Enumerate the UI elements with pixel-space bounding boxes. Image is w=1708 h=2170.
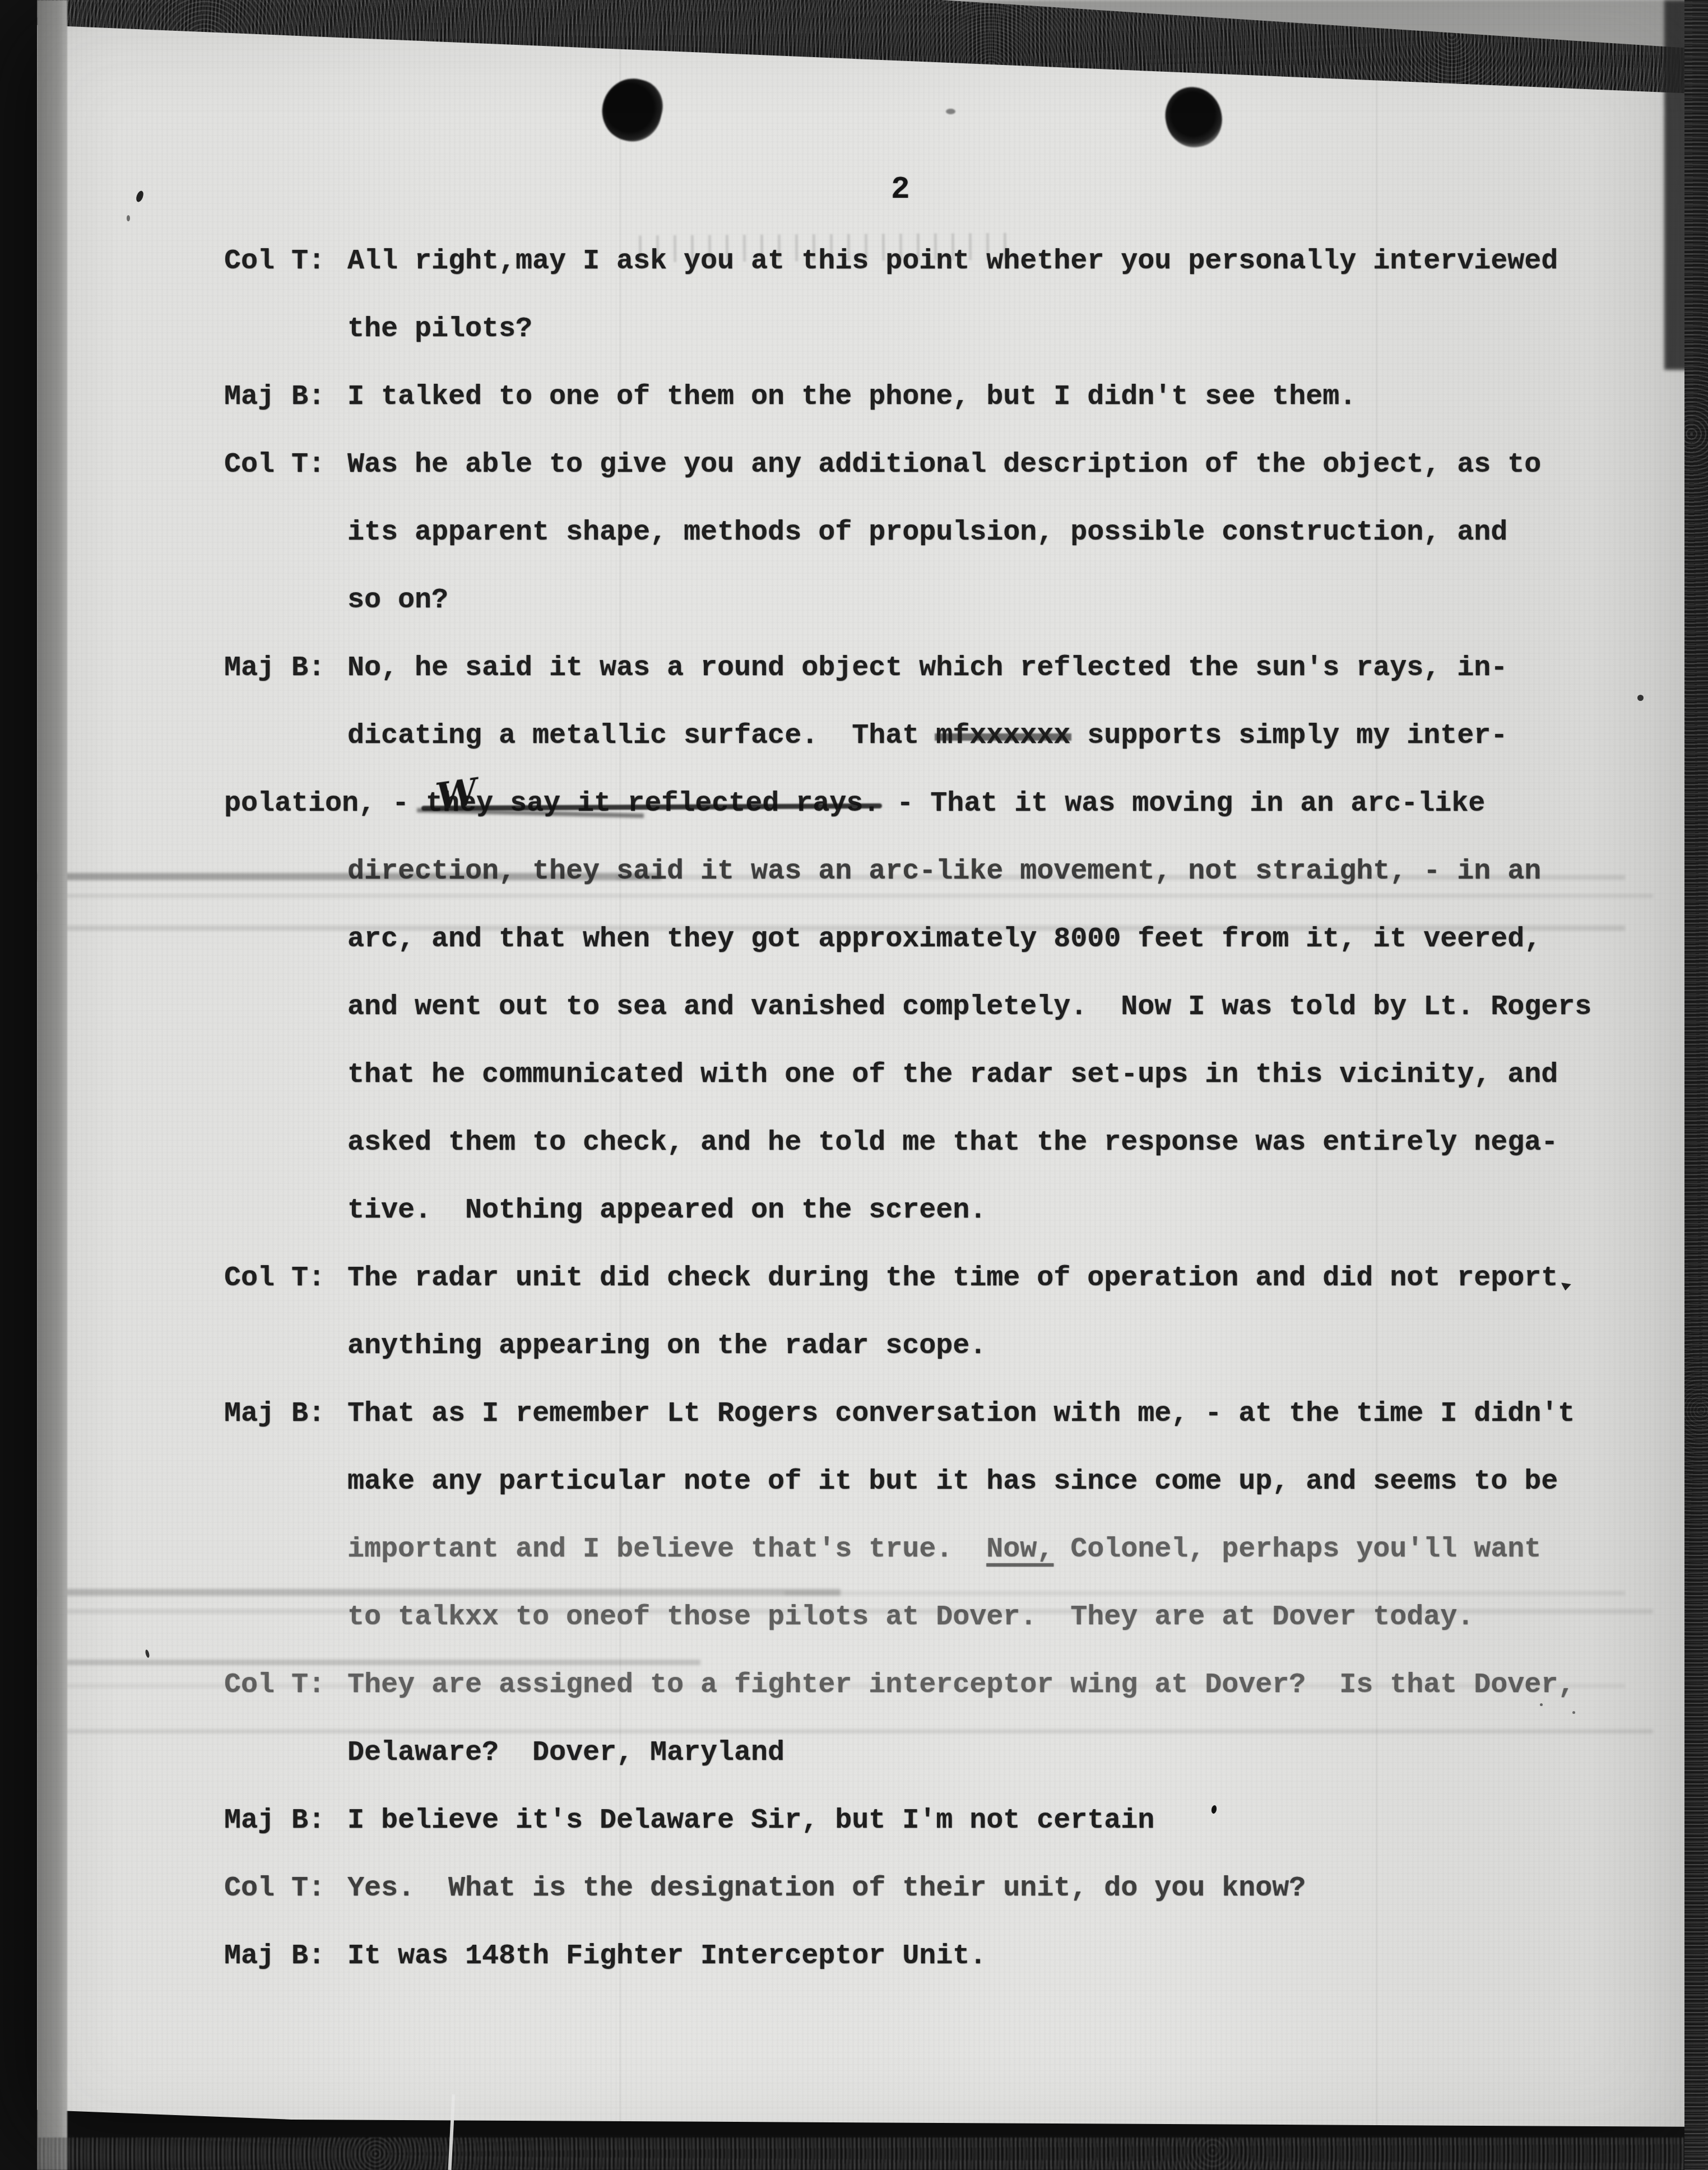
transcript-line: Maj B:It was 148th Fighter Interceptor U… xyxy=(0,1940,1708,2008)
punch-hole-right xyxy=(1161,82,1226,152)
transcript-line: arc, and that when they got approximatel… xyxy=(0,923,1708,991)
transcript-line: important and I believe that's true. Now… xyxy=(0,1534,1708,1601)
speaker-label: Col T: xyxy=(224,1262,347,1294)
scanned-document-page: 2 Col T:All right,may I ask you at this … xyxy=(0,0,1708,2170)
transcript-line: and went out to sea and vanished complet… xyxy=(0,991,1708,1059)
transcript: Col T:All right,may I ask you at this po… xyxy=(0,245,1708,2008)
transcript-line: that he communicated with one of the rad… xyxy=(0,1059,1708,1127)
handwritten-w-annotation: W xyxy=(433,769,480,819)
line-text: Was he able to give you any additional d… xyxy=(347,449,1541,481)
transcript-line: polation, - they say it reflected rays. … xyxy=(0,788,1708,856)
ink-speck xyxy=(135,190,145,203)
transcript-line: Maj B:I believe it's Delaware Sir, but I… xyxy=(0,1805,1708,1872)
line-text: No, he said it was a round object which … xyxy=(347,652,1507,684)
line-text: dicating a metallic surface. That xyxy=(347,720,936,752)
page-number: 2 xyxy=(891,171,910,207)
film-left-edge xyxy=(0,0,37,2170)
transcript-line: Col T:Was he able to give you any additi… xyxy=(0,449,1708,517)
transcript-line: Col T:All right,may I ask you at this po… xyxy=(0,245,1708,313)
transcript-line: dicating a metallic surface. That mfxxxx… xyxy=(0,720,1708,788)
annotated-text: Now, xyxy=(986,1534,1053,1565)
line-text: It was 148th Fighter Interceptor Unit. xyxy=(347,1940,986,1972)
line-text: I talked to one of them on the phone, bu… xyxy=(347,381,1356,413)
speaker-label: Maj B: xyxy=(224,652,347,684)
transcript-line: Maj B:No, he said it was a round object … xyxy=(0,652,1708,720)
film-right-edge xyxy=(1684,0,1708,2170)
transcript-line: the pilots? xyxy=(0,313,1708,381)
transcript-line: Col T:The radar unit did check during th… xyxy=(0,1262,1708,1330)
transcript-line: anything appearing on the radar scope. xyxy=(0,1330,1708,1398)
line-text: That as I remember Lt Rogers conversatio… xyxy=(347,1398,1575,1430)
line-text: - That it was moving in an arc-like xyxy=(880,788,1485,820)
line-text: polation, - xyxy=(224,788,426,820)
transcript-line: Col T:Yes. What is the designation of th… xyxy=(0,1872,1708,1940)
line-text: its apparent shape, methods of propulsio… xyxy=(347,517,1507,549)
transcript-line: asked them to check, and he told me that… xyxy=(0,1127,1708,1195)
speaker-label: Maj B: xyxy=(224,381,347,413)
line-text: All right,may I ask you at this point wh… xyxy=(347,245,1558,277)
transcript-line: Delaware? Dover, Maryland xyxy=(0,1737,1708,1805)
film-left-gray-strip xyxy=(37,0,67,2170)
line-text: the pilots? xyxy=(347,313,532,345)
transcript-line: so on? xyxy=(0,584,1708,652)
speaker-label: Maj B: xyxy=(224,1805,347,1837)
annotated-text: mfxxxxxx xyxy=(936,720,1070,752)
transcript-line: its apparent shape, methods of propulsio… xyxy=(0,517,1708,584)
transcript-line: Col T:They are assigned to a fighter int… xyxy=(0,1669,1708,1737)
annotated-text: they say it reflected rays. xyxy=(426,788,880,820)
speaker-label: Maj B: xyxy=(224,1398,347,1430)
speaker-label: Col T: xyxy=(224,245,347,277)
line-text: Yes. What is the designation of their un… xyxy=(347,1872,1306,1904)
line-text: anything appearing on the radar scope. xyxy=(347,1330,986,1362)
line-text: They are assigned to a fighter intercept… xyxy=(347,1669,1575,1701)
line-text: that he communicated with one of the rad… xyxy=(347,1059,1558,1091)
line-text: direction, they said it was an arc-like … xyxy=(347,856,1541,887)
transcript-line: direction, they said it was an arc-like … xyxy=(0,856,1708,923)
line-text: important and I believe that's true. xyxy=(347,1534,986,1565)
line-text: to talkxx to oneof those pilots at Dover… xyxy=(347,1601,1474,1633)
transcript-line: make any particular note of it but it ha… xyxy=(0,1466,1708,1534)
line-text: so on? xyxy=(347,584,448,616)
ink-speck xyxy=(127,215,130,221)
line-text: The radar unit did check during the time… xyxy=(347,1262,1558,1294)
speaker-label: Col T: xyxy=(224,1669,347,1701)
line-text: asked them to check, and he told me that… xyxy=(347,1127,1558,1159)
line-text: Colonel, perhaps you'll want xyxy=(1053,1534,1541,1565)
transcript-line: Maj B:I talked to one of them on the pho… xyxy=(0,381,1708,449)
line-text: arc, and that when they got approximatel… xyxy=(347,923,1541,955)
speaker-label: Col T: xyxy=(224,1872,347,1904)
line-text: supports simply my inter- xyxy=(1070,720,1507,752)
line-text: tive. Nothing appeared on the screen. xyxy=(347,1195,986,1226)
punch-hole-left xyxy=(596,72,669,147)
ink-speck xyxy=(946,109,955,114)
film-bottom-noise xyxy=(0,2138,1708,2170)
speaker-label: Maj B: xyxy=(224,1940,347,1972)
line-text: Delaware? Dover, Maryland xyxy=(347,1737,785,1769)
transcript-line: tive. Nothing appeared on the screen. xyxy=(0,1195,1708,1262)
transcript-line: Maj B:That as I remember Lt Rogers conve… xyxy=(0,1398,1708,1466)
line-text: I believe it's Delaware Sir, but I'm not… xyxy=(347,1805,1154,1837)
transcript-line: to talkxx to oneof those pilots at Dover… xyxy=(0,1601,1708,1669)
speaker-label: Col T: xyxy=(224,449,347,481)
line-text: make any particular note of it but it ha… xyxy=(347,1466,1558,1498)
line-text: and went out to sea and vanished complet… xyxy=(347,991,1591,1023)
